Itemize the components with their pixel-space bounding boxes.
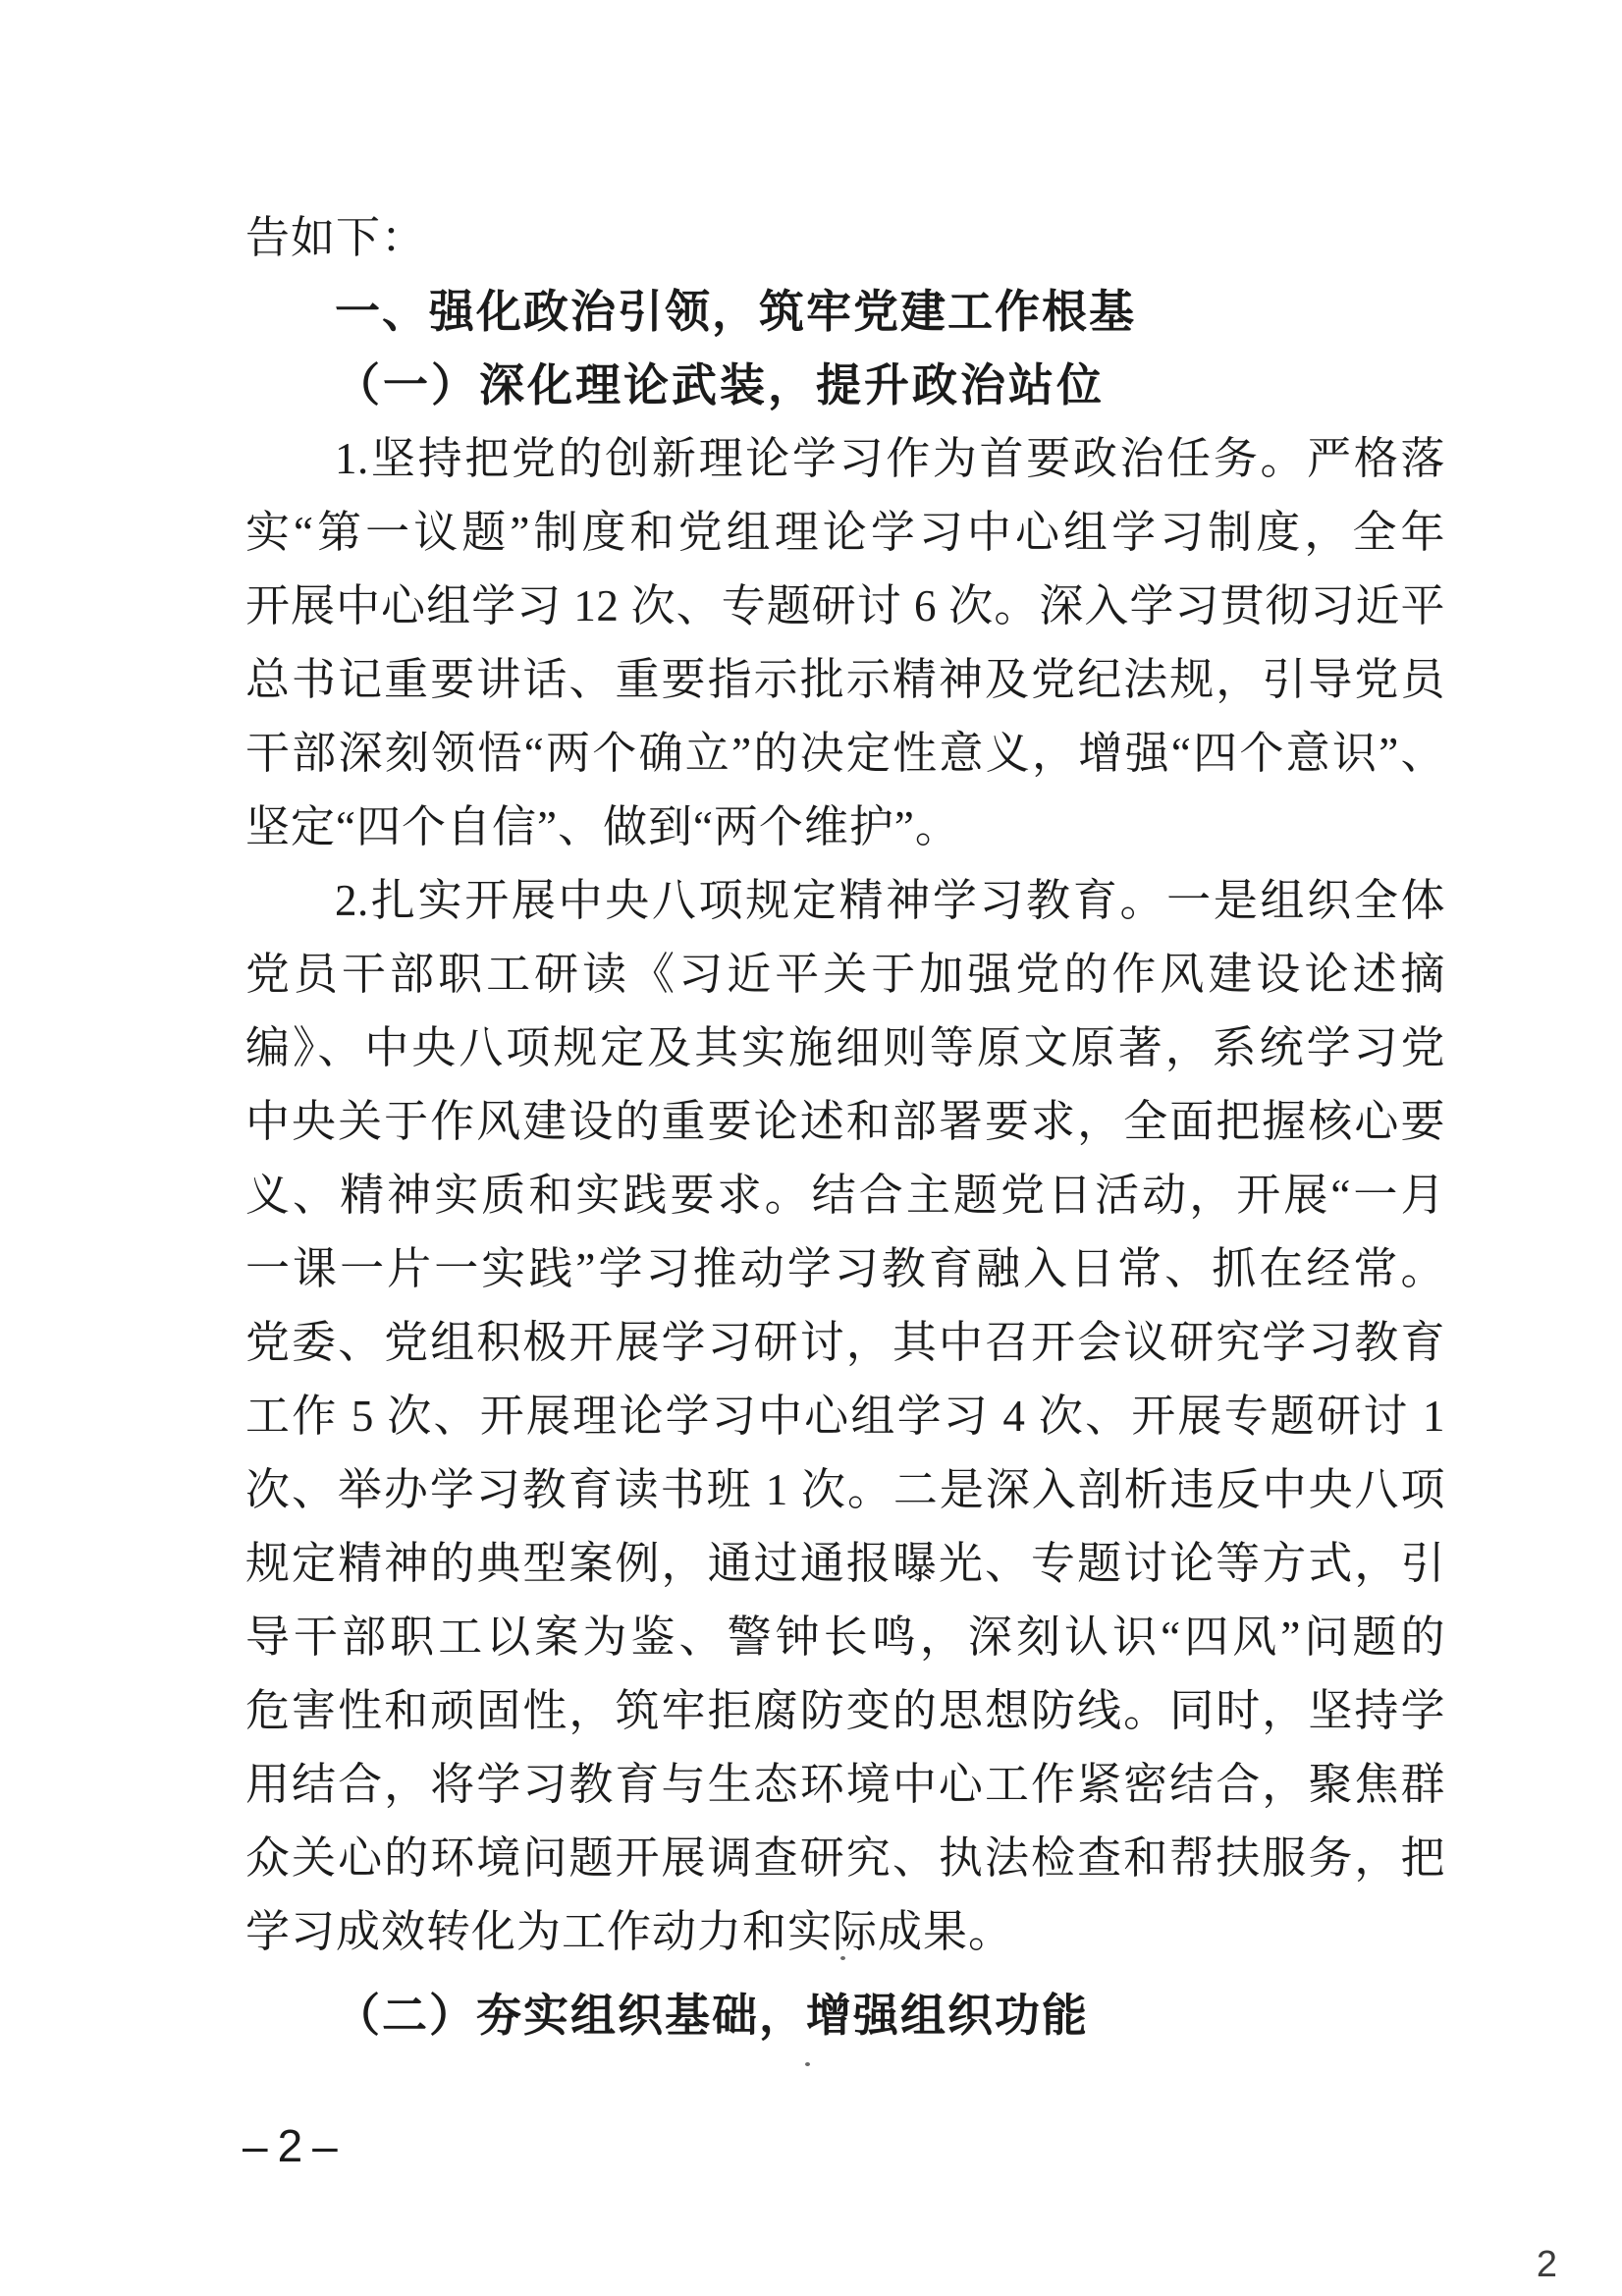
body-line-paragraph-end: 坚定“四个自信”、做到“两个维护”。 (245, 791, 1445, 864)
body-line: 编》、中央八项规定及其实施细则等原文原著，系统学习党 (245, 1011, 1445, 1085)
body-line: 中央关于作风建设的重要论述和部署要求，全面把握核心要 (245, 1085, 1445, 1159)
body-line: 规定精神的典型案例，通过通报曝光、专题讨论等方式，引 (245, 1527, 1445, 1601)
footer-page-number: –2– (243, 2119, 348, 2172)
subsection-heading-1-2: （二）夯实组织基础，增强组织功能 (245, 1979, 1445, 2052)
body-line: 实“第一议题”制度和党组理论学习中心组学习制度，全年 (245, 496, 1445, 570)
body-line: 一课一片一实践”学习推动学习教育融入日常、抓在经常。 (245, 1232, 1445, 1306)
body-line: 工作 5 次、开展理论学习中心组学习 4 次、开展专题研讨 1 (245, 1380, 1445, 1453)
body-line: 干部深刻领悟“两个确立”的决定性意义，增强“四个意识”、 (245, 717, 1445, 791)
body-line: 1.坚持把党的创新理论学习作为首要政治任务。严格落 (245, 422, 1445, 496)
body-line: 2.扎实开展中央八项规定精神学习教育。一是组织全体 (245, 864, 1445, 938)
body-line: 开展中心组学习 12 次、专题研讨 6 次。深入学习贯彻习近平 (245, 570, 1445, 643)
body-line: 党员干部职工研读《习近平关于加强党的作风建设论述摘 (245, 938, 1445, 1011)
section-heading-1: 一、强化政治引领，筑牢党建工作根基 (245, 275, 1445, 349)
body-line-paragraph-end: 学习成效转化为工作动力和实际成果。 (245, 1895, 1445, 1969)
body-line: 总书记重要讲话、重要指示批示精神及党纪法规，引导党员 (245, 643, 1445, 717)
body-line-continuation: 告如下： (245, 201, 1445, 275)
subsection-heading-1-1: （一）深化理论武装，提升政治站位 (245, 349, 1445, 422)
scan-speck (840, 1956, 845, 1960)
body-line: 次、举办学习教育读书班 1 次。二是深入剖析违反中央八项 (245, 1453, 1445, 1527)
body-line: 众关心的环境问题开展调查研究、执法检查和帮扶服务，把 (245, 1822, 1445, 1895)
scanned-document-page: 告如下： 一、强化政治引领，筑牢党建工作根基 （一）深化理论武装，提升政治站位 … (0, 0, 1622, 2296)
body-line: 用结合，将学习教育与生态环境中心工作紧密结合，聚焦群 (245, 1748, 1445, 1822)
body-line: 党委、党组积极开展学习研讨，其中召开会议研究学习教育 (245, 1306, 1445, 1380)
scan-speck (805, 2062, 810, 2066)
body-line: 义、精神实质和实践要求。结合主题党日活动，开展“一月 (245, 1159, 1445, 1232)
document-body: 告如下： 一、强化政治引领，筑牢党建工作根基 （一）深化理论武装，提升政治站位 … (245, 201, 1445, 2052)
body-line: 导干部职工以案为鉴、警钟长鸣，深刻认识“四风”问题的 (245, 1601, 1445, 1674)
viewer-page-number: 2 (1537, 2244, 1557, 2286)
body-line: 危害性和顽固性，筑牢拒腐防变的思想防线。同时，坚持学 (245, 1674, 1445, 1748)
